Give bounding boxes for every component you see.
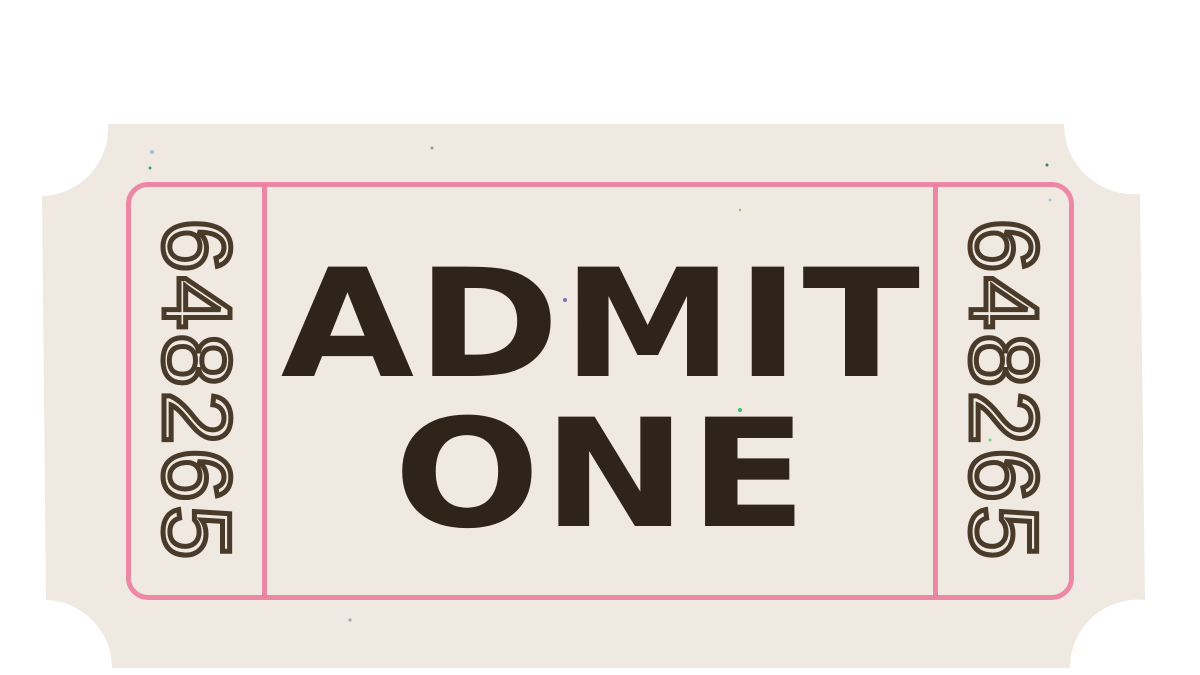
ticket-title-admit: ADMIT [220,250,982,400]
ticket-title-one: ONE [220,400,982,550]
